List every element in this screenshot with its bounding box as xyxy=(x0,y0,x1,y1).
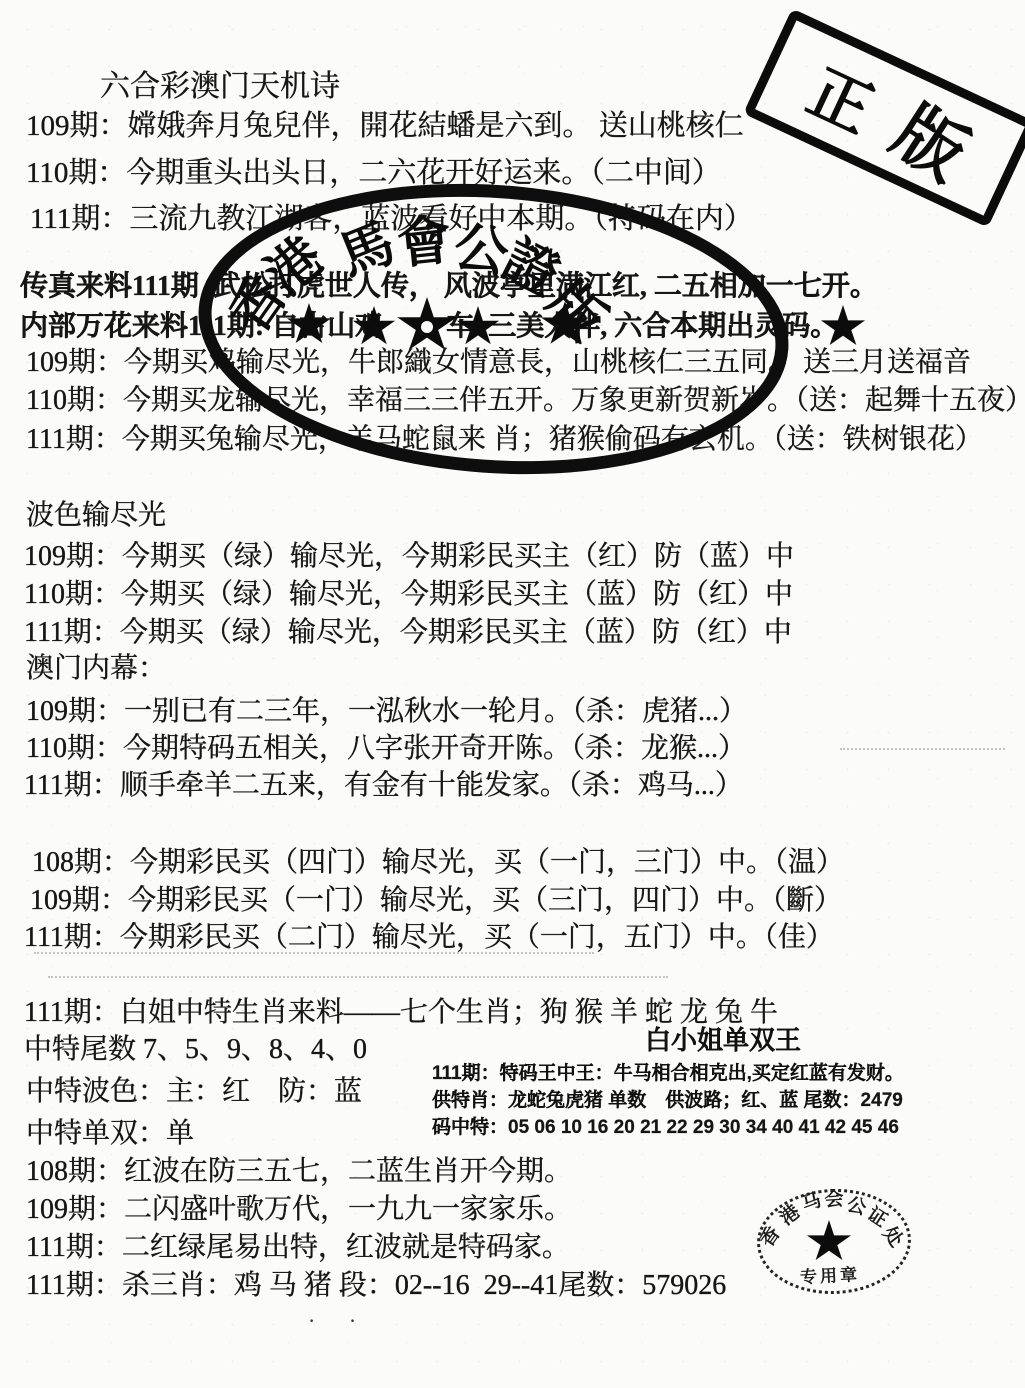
line-bose-109: 109期：今期买（绿）输尽光，今期彩民买主（红）防（蓝）中 xyxy=(24,541,794,573)
scan-artifact-line xyxy=(840,748,1005,750)
oval-stamp-char: 會 xyxy=(393,197,455,279)
scanned-lottery-sheet: 六合彩澳门天机诗 109期：嫦娥奔月兔兒伴，開花結蟠是六到。 送山桃核仁 110… xyxy=(0,0,1025,1388)
line-men-111: 111期：今期彩民买（二门）输尽光，买（一门，五门）中。（佳） xyxy=(24,922,834,954)
page-title: 六合彩澳门天机诗 xyxy=(100,70,340,105)
footer-dots: · · xyxy=(308,1308,370,1334)
zhengban-stamp: 正 版 xyxy=(743,8,1025,227)
line-weishu: 中特尾数 7、5、9、8、4、0 xyxy=(24,1034,367,1066)
line-boce: 中特波色：主：红 防：蓝 xyxy=(26,1076,362,1108)
line-neimu-110: 110期：今期特码五相关，八字张开奇开陈。（杀：龙猴...） xyxy=(26,733,746,765)
right-block-title: 白小姐单双王 xyxy=(645,1026,801,1056)
header-neimu: 澳门内幕： xyxy=(26,653,166,685)
line-neimu-111: 111期：顺手牵羊二五来，有金有十能发家。（杀：鸡马...） xyxy=(24,770,743,802)
line-tianjishi-109: 109期：嫦娥奔月兔兒伴，開花結蟠是六到。 送山桃核仁 xyxy=(26,110,744,143)
right-block-line3: 码中特：05 06 10 16 20 21 22 29 30 34 40 41 … xyxy=(432,1117,899,1139)
line-red-108: 108期：红波在防三五七，二蓝生肖开今期。 xyxy=(26,1156,572,1188)
line-danshuang: 中特单双：单 xyxy=(26,1118,194,1150)
right-block-line1: 111期：特码王中王：牛马相合相克出,买定红蓝有发财。 xyxy=(432,1063,904,1085)
line-men-108: 108期：今期彩民买（四门）输尽光，买（一门，三门）中。（温） xyxy=(32,847,844,879)
line-red-111: 111期：二红绿尾易出特，红波就是特码家。 xyxy=(26,1232,570,1264)
zhengban-char: 版 xyxy=(877,77,991,200)
line-neimu-109: 109期：一别已有二三年，一泓秋水一轮月。（杀：虎猪...） xyxy=(26,696,747,728)
line-red-109: 109期：二闪盛叶歌万代，一九九一家家乐。 xyxy=(26,1194,572,1226)
seal-char: 会 xyxy=(824,1184,845,1212)
star-hole xyxy=(421,321,433,333)
line-bose-110: 110期：今期买（绿）输尽光，今期彩民买主（蓝）防（红）中 xyxy=(24,579,793,611)
scan-artifact-line xyxy=(48,976,668,978)
seal-bottom-text: 专用章 xyxy=(799,1260,860,1288)
header-bose: 波色输尽光 xyxy=(26,500,166,532)
right-block-line2: 供特肖：龙蛇兔虎猪 单数 供波路；红、蓝 尾数：2479 xyxy=(432,1090,903,1112)
line-tianjishi-110: 110期：今期重头出头日，二六花开好运来。（二中间） xyxy=(26,157,721,190)
line-sha-111: 111期：杀三肖：鸡 马 猪 段：02--16 29--41尾数：579026 xyxy=(26,1270,726,1302)
line-men-109: 109期：今期彩民买（一门）输尽光，买（三门，四门）中。（斷） xyxy=(30,885,842,917)
line-bose-111: 111期：今期买（绿）输尽光，今期彩民买主（蓝）防（红）中 xyxy=(24,617,792,649)
scan-artifact-line xyxy=(34,952,594,954)
zhengban-char: 正 xyxy=(796,43,890,150)
